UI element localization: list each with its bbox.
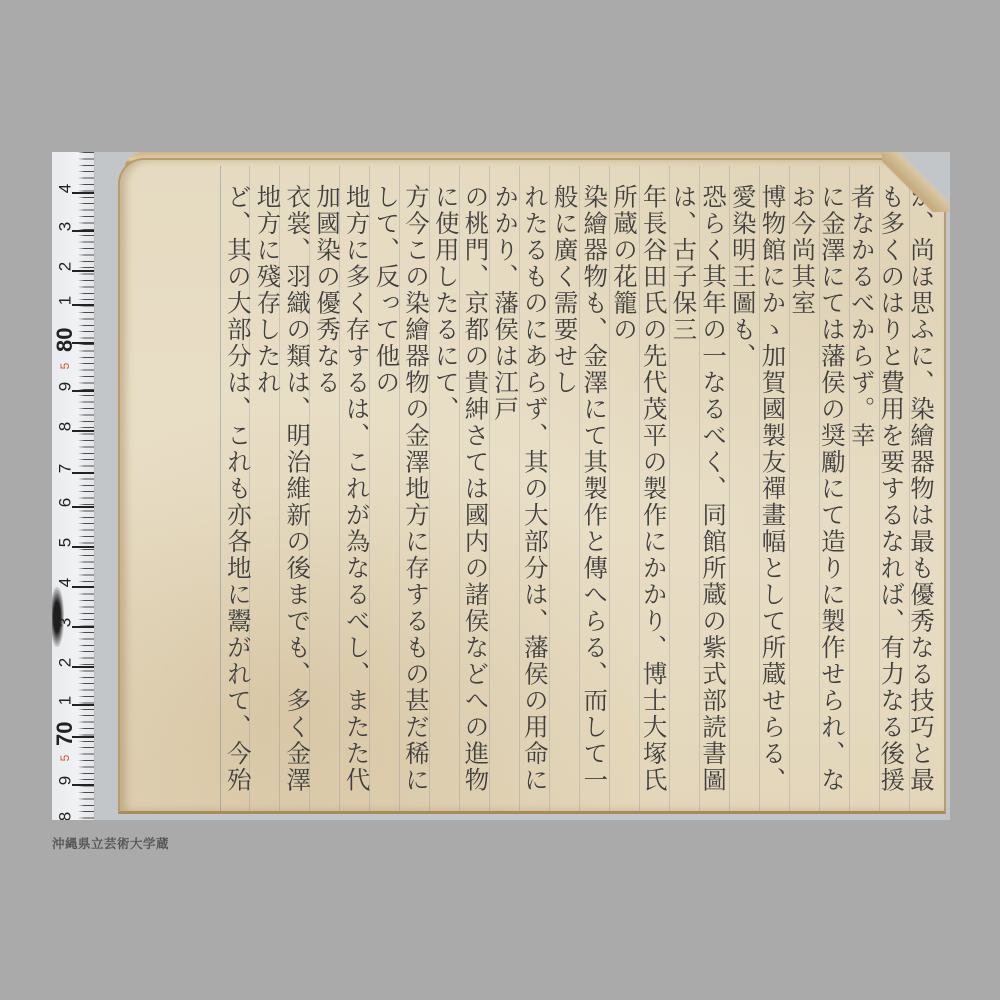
ruler-label: 9	[57, 376, 74, 398]
ruler-major-tick	[72, 230, 94, 232]
ruler-major-tick	[72, 472, 94, 474]
ruler-label: 2	[57, 652, 74, 674]
text-column: か、尚ほ思ふに、染繪器物は最も優秀なる技巧と最も多くのはりと費用を要するなれば、…	[847, 184, 936, 804]
ruler-major-tick	[72, 192, 94, 194]
collection-caption: 沖縄県立芸術大学蔵	[52, 834, 169, 852]
text-column: の桃門、京都の貴紳さては國内の諸侯などへの進物に使用したるにて、	[431, 184, 490, 804]
notebook: か、尚ほ思ふに、染繪器物は最も優秀なる技巧と最も多くのはりと費用を要するなれば、…	[118, 152, 950, 820]
notebook-page: か、尚ほ思ふに、染繪器物は最も優秀なる技巧と最も多くのはりと費用を要するなれば、…	[118, 158, 946, 814]
ruler-label: 1	[57, 690, 74, 712]
ruler-major-tick	[72, 390, 94, 392]
ruler-major-tick	[72, 704, 94, 706]
ruler-major-tick	[72, 430, 94, 432]
page-corner	[882, 152, 950, 212]
ruler-label: 8	[57, 416, 74, 438]
ruler-label: 70	[54, 724, 76, 746]
ruler-major-tick	[72, 666, 94, 668]
ruler-label: 8	[57, 806, 74, 821]
ruler-label: 5	[59, 355, 71, 377]
ruler-label: 5	[57, 532, 74, 554]
text-column: 年長谷田氏の先代茂平の製作にかかり、博士大塚氏所蔵の花籠の	[609, 184, 668, 804]
ruler-major-tick	[72, 342, 94, 344]
ruler-major-tick	[72, 304, 94, 306]
ruler-major-tick	[72, 784, 94, 786]
ruler-major-tick	[72, 270, 94, 272]
ruler-label: 4	[57, 178, 74, 200]
text-column: 染繪器物も、金澤にて其製作と傳へらる、而して一般に廣く需要せし	[550, 184, 609, 804]
ruler-major-tick	[72, 626, 94, 628]
ruler-label: 6	[57, 492, 74, 514]
ruler-ticks	[78, 152, 94, 820]
ruler-major-tick	[72, 736, 94, 738]
ruler-label: 3	[57, 216, 74, 238]
document-photograph: 432180598765432170598 か、尚ほ思ふに、染繪器物は最も優秀な…	[52, 152, 950, 820]
ruler-label: 5	[59, 747, 71, 769]
ruler-label: 1	[57, 290, 74, 312]
text-column: に金澤にては藩侯の奨勵にて造りに製作せられ、なお今尚其室	[787, 184, 846, 804]
text-column: ど、其の大部分は、これも亦各地に鬻がれて、今殆んど存せざるに至れり、	[224, 184, 253, 804]
ruler-label: 9	[57, 770, 74, 792]
measuring-ruler: 432180598765432170598	[52, 152, 95, 820]
ruler-label: 3	[57, 612, 74, 634]
text-column: 地方に多く存するは、これが為なるべし、またた代加國染の優秀なる	[312, 184, 371, 804]
text-column: 衣裳、羽織の類は、明治維新の後までも、多く金澤地方に殘存したれ	[253, 184, 312, 804]
ruler-major-tick	[72, 546, 94, 548]
ruler-label: 80	[54, 330, 76, 352]
margin-line	[220, 166, 221, 811]
ruler-label: 7	[57, 458, 74, 480]
ruler-label: 4	[57, 572, 74, 594]
ruler-label: 2	[57, 256, 74, 278]
text-column: 恐らく其年の一なるべく、同館所蔵の紫式部読書圖は、古子保三	[669, 184, 728, 804]
text-column: 方今この染繪器物の金澤地方に存するもの甚だ稀にして、反って他の	[372, 184, 431, 804]
text-column: れたるものにあらず、其の大部分は、藩侯の用命にかかり、藩侯は江戸	[490, 184, 549, 804]
ruler-major-tick	[72, 586, 94, 588]
handwritten-text: か、尚ほ思ふに、染繪器物は最も優秀なる技巧と最も多くのはりと費用を要するなれば、…	[224, 184, 936, 804]
text-column: 博物館にかゝ加賀國製友禪畫幅として所蔵せらる、愛染明王圖も、	[728, 184, 787, 804]
ruler-major-tick	[72, 506, 94, 508]
